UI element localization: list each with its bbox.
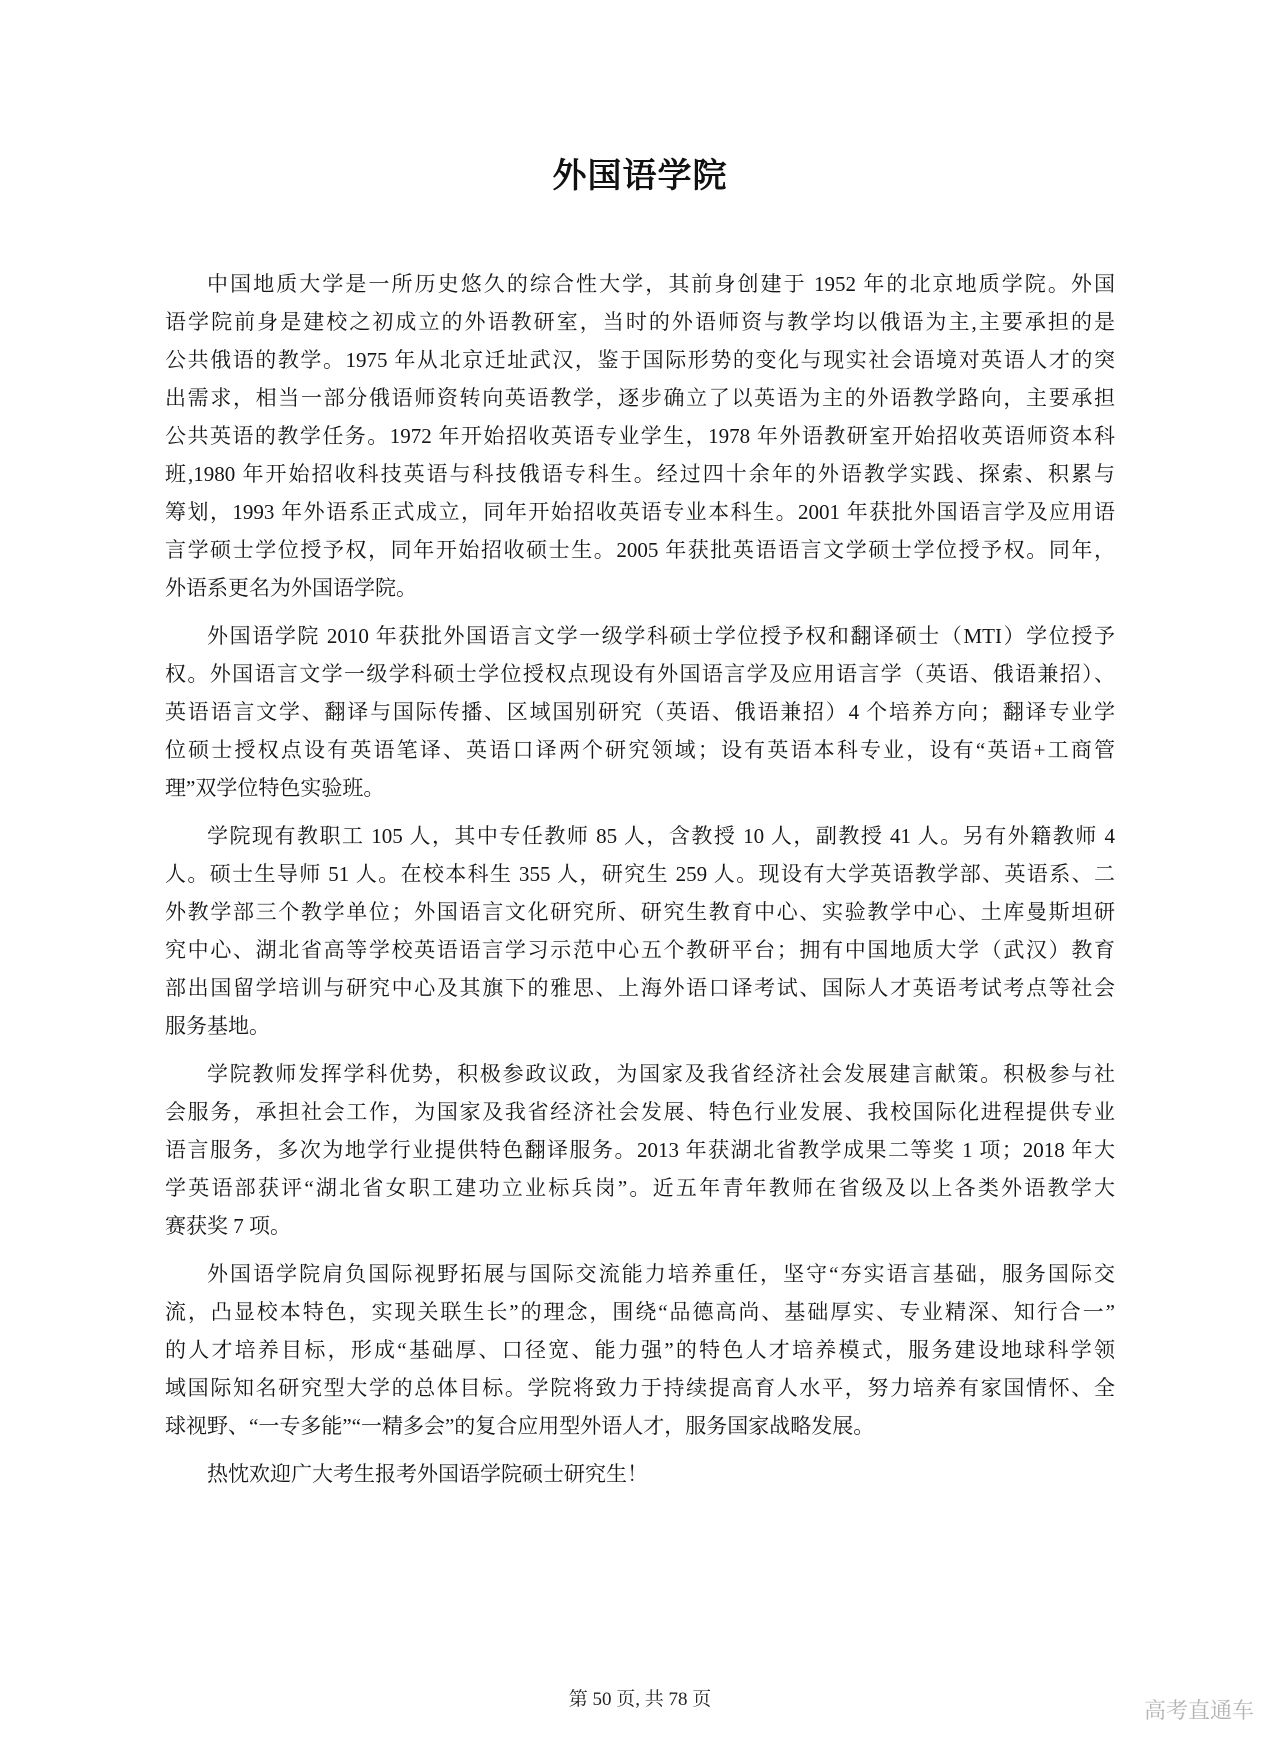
text-line: 外国语学院肩负国际视野拓展与国际交流能力培养重任，坚守“夯实语言基础，服务国际交 (165, 1255, 1115, 1293)
page-number: 第 50 页, 共 78 页 (569, 1689, 712, 1710)
text-line: 部出国留学培训与研究中心及其旗下的雅思、上海外语口译考试、国际人才英语考试考点等… (165, 969, 1115, 1007)
text-line: 言学硕士学位授予权，同年开始招收硕士生。2005 年获批英语语言文学硕士学位授予… (165, 531, 1115, 569)
text-line: 公共英语的教学任务。1972 年开始招收英语专业学生，1978 年外语教研室开始… (165, 417, 1115, 455)
page-title: 外国语学院 (0, 148, 1280, 197)
text-line: 热忱欢迎广大考生报考外国语学院硕士研究生！ (165, 1455, 1115, 1493)
text-line: 理”双学位特色实验班。 (165, 769, 1115, 807)
paragraph-degree-programs: 外国语学院 2010 年获批外国语言文学一级学科硕士学位授予权和翻译硕士（MTI… (165, 617, 1115, 807)
text-line: 究中心、湖北省高等学校英语语言学习示范中心五个教研平台；拥有中国地质大学（武汉）… (165, 931, 1115, 969)
document-body: 中国地质大学是一所历史悠久的综合性大学，其前身创建于 1952 年的北京地质学院… (165, 265, 1115, 1493)
text-line: 筹划，1993 年外语系正式成立，同年开始招收英语专业本科生。2001 年获批外… (165, 493, 1115, 531)
watermark-text: 高考直通车 (1144, 1694, 1254, 1725)
text-line: 英语语言文学、翻译与国际传播、区域国别研究（英语、俄语兼招）4 个培养方向；翻译… (165, 693, 1115, 731)
text-line: 服务基地。 (165, 1007, 1115, 1045)
text-line: 外语系更名为外国语学院。 (165, 569, 1115, 607)
text-line: 公共俄语的教学。1975 年从北京迁址武汉，鉴于国际形势的变化与现实社会语境对英… (165, 341, 1115, 379)
text-line: 赛获奖 7 项。 (165, 1207, 1115, 1245)
text-line: 班,1980 年开始招收科技英语与科技俄语专科生。经过四十余年的外语教学实践、探… (165, 455, 1115, 493)
text-line: 球视野、“一专多能”“一精多会”的复合应用型外语人才，服务国家战略发展。 (165, 1407, 1115, 1445)
page-footer: 第 50 页, 共 78 页 (0, 1684, 1280, 1711)
text-line: 学英语部获评“湖北省女职工建功立业标兵岗”。近五年青年教师在省级及以上各类外语教… (165, 1169, 1115, 1207)
text-line: 语学院前身是建校之初成立的外语教研室，当时的外语师资与教学均以俄语为主,主要承担… (165, 303, 1115, 341)
text-line: 中国地质大学是一所历史悠久的综合性大学，其前身创建于 1952 年的北京地质学院… (165, 265, 1115, 303)
text-line: 外国语学院 2010 年获批外国语言文学一级学科硕士学位授予权和翻译硕士（MTI… (165, 617, 1115, 655)
text-line: 流，凸显校本特色，实现关联生长”的理念，围绕“品德高尚、基础厚实、专业精深、知行… (165, 1293, 1115, 1331)
document-page: 外国语学院 中国地质大学是一所历史悠久的综合性大学，其前身创建于 1952 年的… (0, 0, 1280, 1749)
paragraph-history: 中国地质大学是一所历史悠久的综合性大学，其前身创建于 1952 年的北京地质学院… (165, 265, 1115, 607)
text-line: 学院现有教职工 105 人，其中专任教师 85 人，含教授 10 人，副教授 4… (165, 817, 1115, 855)
text-line: 权。外国语言文学一级学科硕士学位授权点现设有外国语言学及应用语言学（英语、俄语兼… (165, 655, 1115, 693)
text-line: 出需求，相当一部分俄语师资转向英语教学，逐步确立了以英语为主的外语教学路向，主要… (165, 379, 1115, 417)
text-line: 外教学部三个教学单位；外国语言文化研究所、研究生教育中心、实验教学中心、土库曼斯… (165, 893, 1115, 931)
paragraph-faculty-stats: 学院现有教职工 105 人，其中专任教师 85 人，含教授 10 人，副教授 4… (165, 817, 1115, 1045)
text-line: 语言服务，多次为地学行业提供特色翻译服务。2013 年获湖北省教学成果二等奖 1… (165, 1131, 1115, 1169)
text-line: 会服务，承担社会工作，为国家及我省经济社会发展、特色行业发展、我校国际化进程提供… (165, 1093, 1115, 1131)
text-line: 位硕士授权点设有英语笔译、英语口译两个研究领域；设有英语本科专业，设有“英语+工… (165, 731, 1115, 769)
paragraph-mission: 外国语学院肩负国际视野拓展与国际交流能力培养重任，坚守“夯实语言基础，服务国际交… (165, 1255, 1115, 1445)
text-line: 人。硕士生导师 51 人。在校本科生 355 人，研究生 259 人。现设有大学… (165, 855, 1115, 893)
paragraph-welcome: 热忱欢迎广大考生报考外国语学院硕士研究生！ (165, 1455, 1115, 1493)
paragraph-social-service: 学院教师发挥学科优势，积极参政议政，为国家及我省经济社会发展建言献策。积极参与社… (165, 1055, 1115, 1245)
text-line: 学院教师发挥学科优势，积极参政议政，为国家及我省经济社会发展建言献策。积极参与社 (165, 1055, 1115, 1093)
text-line: 的人才培养目标，形成“基础厚、口径宽、能力强”的特色人才培养模式，服务建设地球科… (165, 1331, 1115, 1369)
text-line: 域国际知名研究型大学的总体目标。学院将致力于持续提高育人水平，努力培养有家国情怀… (165, 1369, 1115, 1407)
